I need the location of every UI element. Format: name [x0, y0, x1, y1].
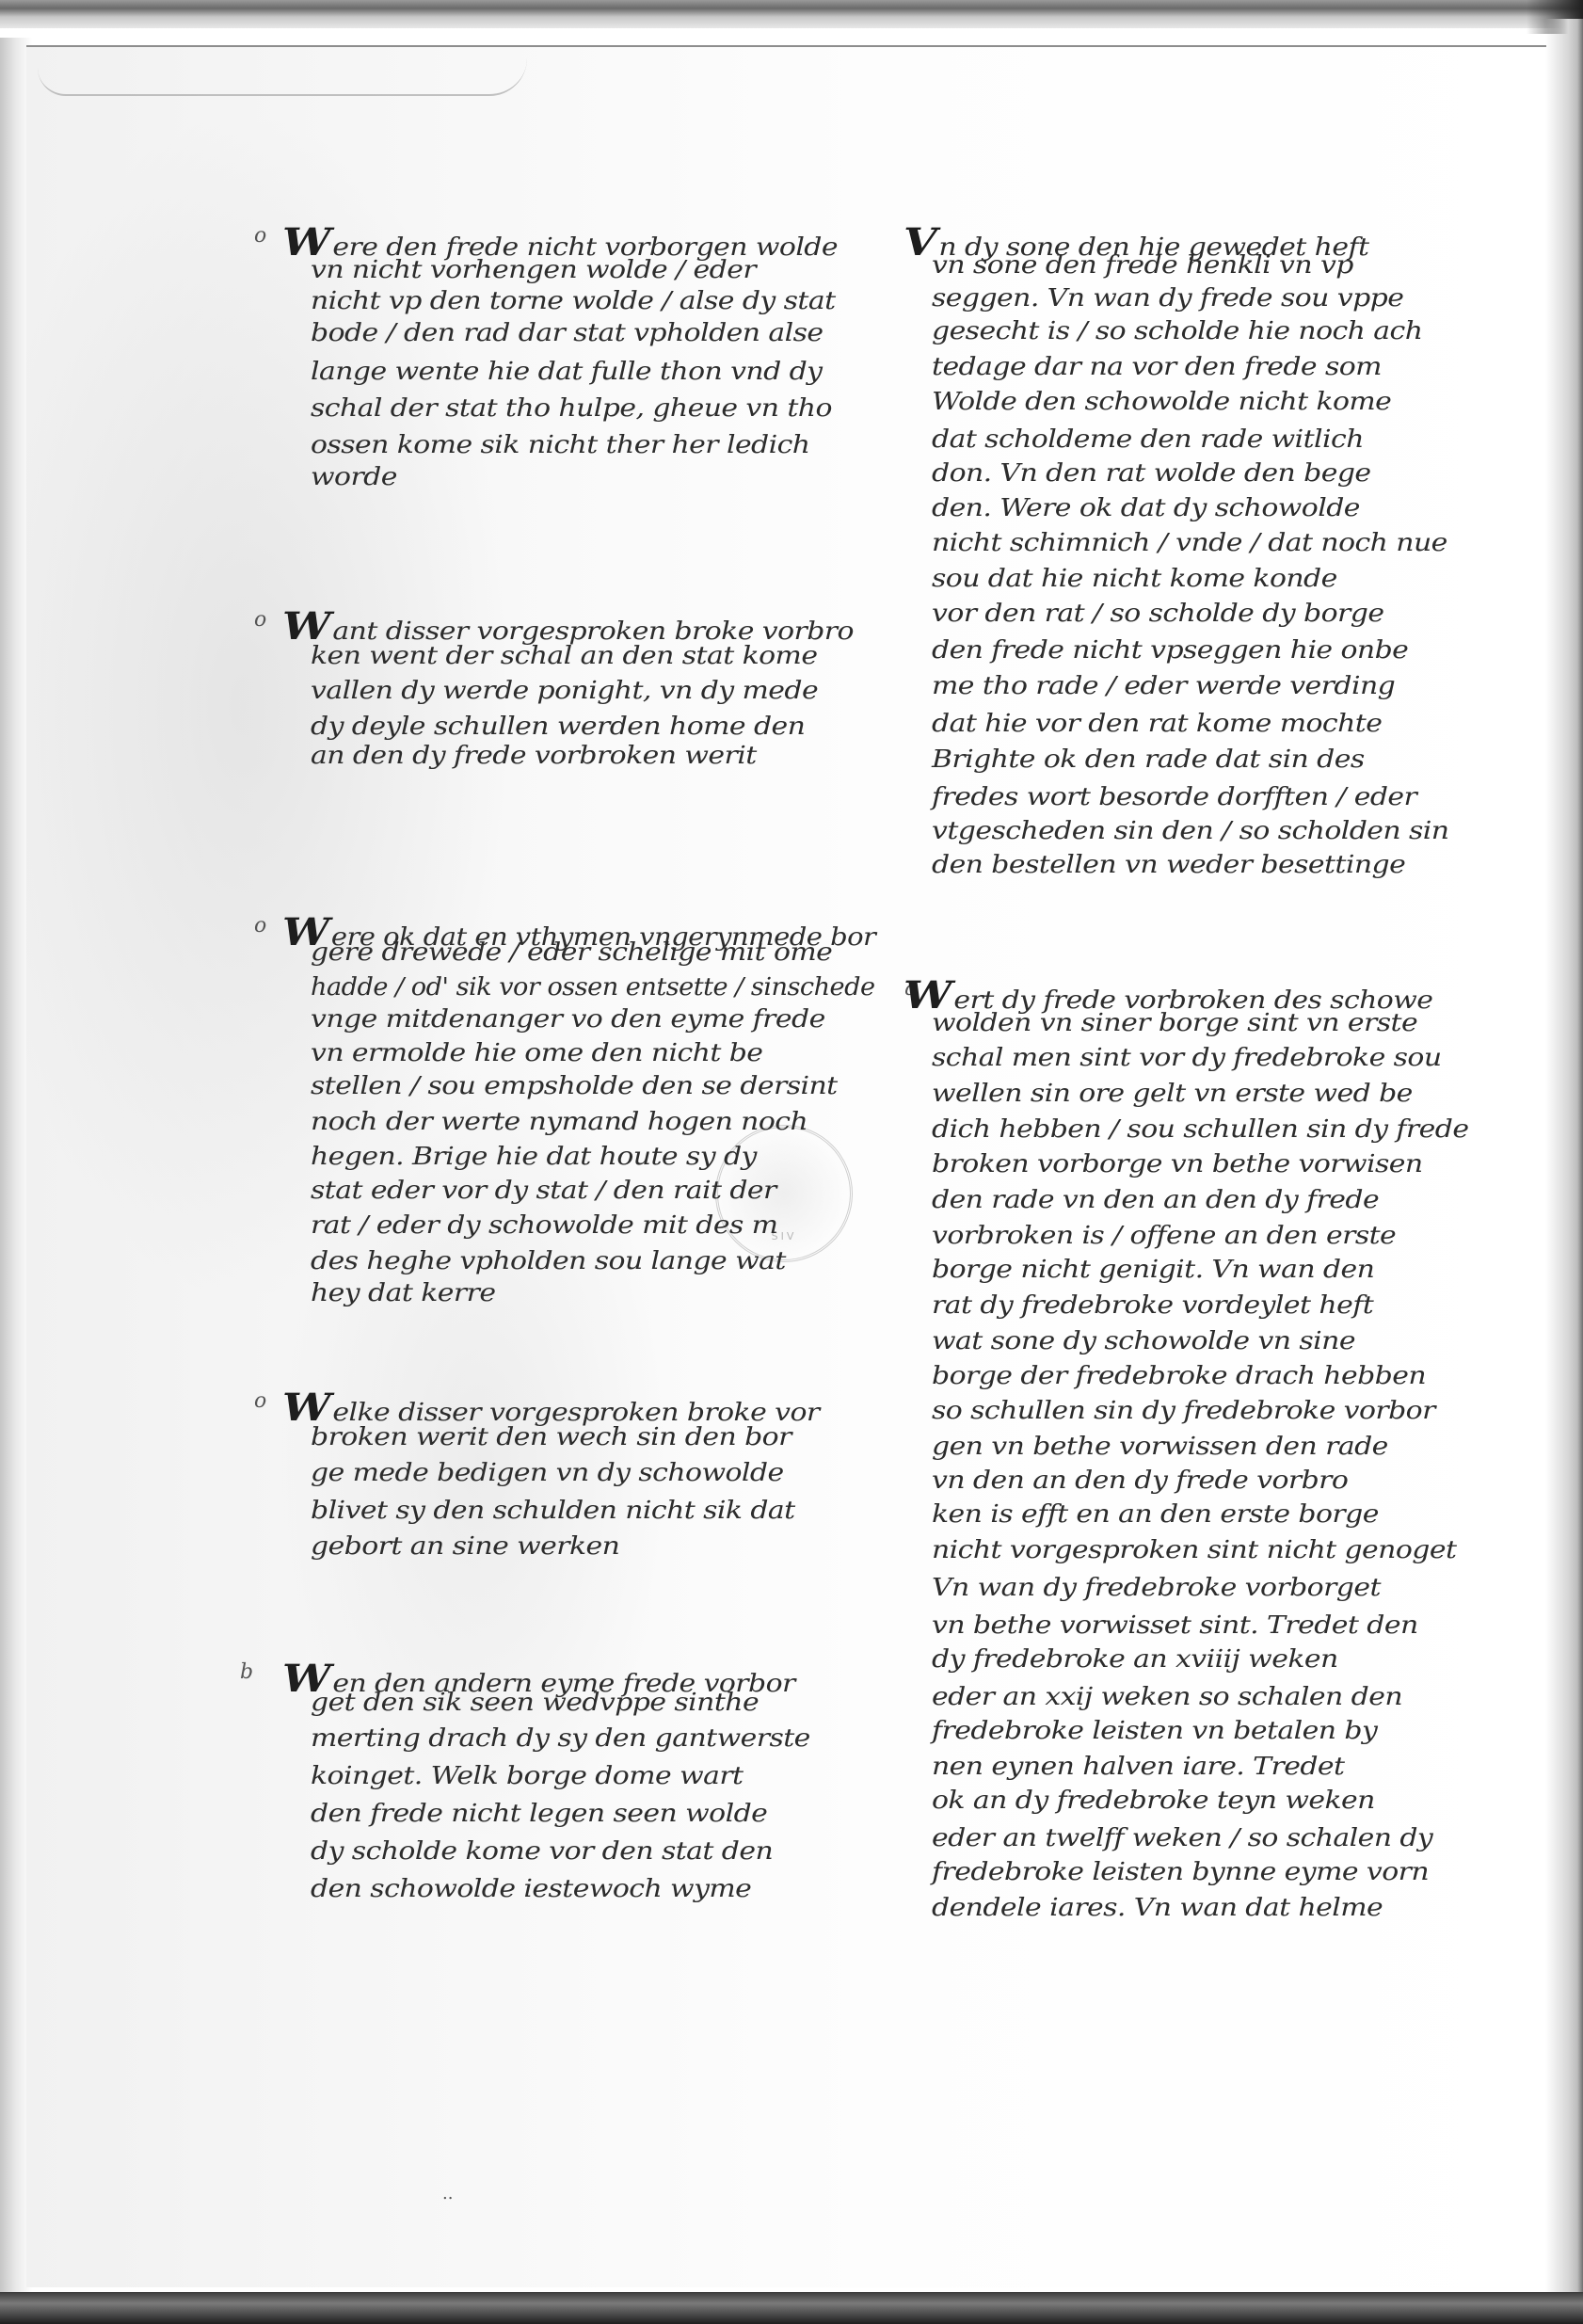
line-text: gen vn bethe vorwissen den rade [932, 1433, 1388, 1461]
line-text: ken is efft en an den erste borge [932, 1500, 1379, 1529]
line-text: dy deyle schullen werden home den [311, 713, 805, 741]
line-text: me tho rade / eder werde verding [932, 672, 1395, 700]
manuscript-line: vn ermolde hie ome den nicht be [311, 1039, 762, 1067]
manuscript-line: den rade vn den an den dy frede [932, 1186, 1379, 1214]
line-text: worde [311, 463, 397, 491]
manuscript-line: hegen. Brige hie dat houte sy dy [311, 1143, 757, 1171]
line-text: ge mede bedigen vn dy schowolde [311, 1459, 784, 1487]
line-text: get den sik seen wedvppe sinthe [311, 1689, 759, 1717]
line-text: hegen. Brige hie dat houte sy dy [311, 1143, 757, 1171]
line-text: borge nicht genigit. Vn wan den [932, 1256, 1374, 1284]
manuscript-line: ge mede bedigen vn dy schowolde [311, 1459, 784, 1487]
manuscript-line: vorbroken is / offene an den erste [932, 1222, 1396, 1250]
line-text: ossen kome sik nicht ther her ledich [311, 431, 809, 459]
line-text: vn ermolde hie ome den nicht be [311, 1039, 762, 1067]
manuscript-line: hey dat kerre [311, 1279, 495, 1307]
manuscript-line: den. Were ok dat dy schowolde [932, 494, 1360, 522]
manuscript-line: sou dat hie nicht kome konde [932, 565, 1337, 593]
line-text: den frede nicht legen seen wolde [311, 1800, 767, 1828]
manuscript-line: nicht schimnich / vnde / dat noch nue [932, 529, 1447, 557]
scanner-bar-bottom [0, 2292, 1583, 2324]
margin-mark: o [254, 914, 266, 938]
manuscript-line: vn den an den dy frede vorbro [932, 1467, 1348, 1495]
line-text: Wolde den schowolde nicht kome [932, 388, 1391, 416]
line-text: den frede nicht vpseggen hie onbe [932, 636, 1408, 665]
line-text: stat eder vor dy stat / den rait der [311, 1177, 776, 1205]
line-text: nicht vp den torne wolde / alse dy stat [311, 287, 836, 315]
line-text: sou dat hie nicht kome konde [932, 565, 1337, 593]
manuscript-line: gen vn bethe vorwissen den rade [932, 1433, 1388, 1461]
line-text: gebort an sine werken [311, 1532, 619, 1561]
line-text: broken vorborge vn bethe vorwisen [932, 1150, 1423, 1178]
manuscript-line: broken vorborge vn bethe vorwisen [932, 1150, 1423, 1178]
manuscript-line: eder an twelff weken / so schalen dy [932, 1824, 1432, 1852]
manuscript-line: merting drach dy sy den gantwerste [311, 1724, 810, 1753]
manuscript-line: get den sik seen wedvppe sinthe [311, 1689, 759, 1717]
manuscript-line: vnge mitdenanger vo den eyme frede [311, 1005, 825, 1034]
manuscript-line: dendele iares. Vn wan dat helme [932, 1894, 1383, 1922]
line-text: rat dy fredebroke vordeylet heft [932, 1291, 1373, 1320]
manuscript-line: den schowolde iestewoch wyme [311, 1875, 751, 1903]
manuscript-line: dy fredebroke an xviiij weken [932, 1645, 1338, 1674]
line-text: nen eynen halven iare. Tredet [932, 1753, 1345, 1781]
line-text: rat / eder dy schowolde mit des m [311, 1211, 777, 1240]
line-text: Brighte ok den rade dat sin des [932, 745, 1365, 774]
manuscript-line: vtgescheden sin den / so scholden sin [932, 817, 1448, 845]
manuscript-line: eder an xxij weken so schalen den [932, 1683, 1402, 1711]
manuscript-line: wat sone dy schowolde vn sine [932, 1327, 1355, 1355]
manuscript-line: dich hebben / sou schullen sin dy frede [932, 1115, 1468, 1144]
manuscript-line: Brighte ok den rade dat sin des [932, 745, 1365, 774]
manuscript-line: schal der stat tho hulpe, gheue vn tho [311, 394, 832, 423]
line-text: hey dat kerre [311, 1279, 495, 1307]
line-text: nicht schimnich / vnde / dat noch nue [932, 529, 1447, 557]
line-text: eder an xxij weken so schalen den [932, 1683, 1402, 1711]
line-text: fredebroke leisten bynne eyme vorn [932, 1858, 1429, 1886]
line-text: den. Were ok dat dy schowolde [932, 494, 1360, 522]
manuscript-line: me tho rade / eder werde verding [932, 672, 1395, 700]
line-text: ken went der schal an den stat kome [311, 642, 817, 670]
line-text: des heghe vpholden sou lange wat [311, 1247, 786, 1275]
line-text: vn nicht vorhengen wolde / eder [311, 256, 756, 284]
page-edge-right [1545, 19, 1583, 2297]
manuscript-line: don. Vn den rat wolde den bege [932, 459, 1371, 488]
manuscript-line: ossen kome sik nicht ther her ledich [311, 431, 809, 459]
line-text: schal der stat tho hulpe, gheue vn tho [311, 394, 832, 423]
line-text: an den dy frede vorbroken werit [311, 742, 757, 770]
manuscript-line: gebort an sine werken [311, 1532, 619, 1561]
manuscript-line: fredes wort besorde dorfften / eder [932, 783, 1416, 811]
line-text: dendele iares. Vn wan dat helme [932, 1894, 1383, 1922]
manuscript-line: ken went der schal an den stat kome [311, 642, 817, 670]
line-text: broken werit den wech sin den bor [311, 1423, 791, 1451]
manuscript-line: den frede nicht legen seen wolde [311, 1800, 767, 1828]
line-text: stellen / sou empsholde den se dersint [311, 1072, 838, 1100]
line-text: bode / den rad dar stat vpholden alse [311, 319, 823, 347]
line-text: dat scholdeme den rade witlich [932, 425, 1364, 454]
manuscript-line: wellen sin ore gelt vn erste wed be [932, 1080, 1413, 1108]
line-text: wolden vn siner borge sint vn erste [932, 1009, 1417, 1037]
line-text: ok an dy fredebroke teyn weken [932, 1787, 1375, 1815]
manuscript-line: wolden vn siner borge sint vn erste [932, 1009, 1417, 1037]
manuscript-line: seggen. Vn wan dy frede sou vppe [932, 284, 1403, 313]
manuscript-line: an den dy frede vorbroken werit [311, 742, 757, 770]
manuscript-line: dy deyle schullen werden home den [311, 713, 805, 741]
manuscript-line: worde [311, 463, 397, 491]
line-text: schal men sint vor dy fredebroke sou [932, 1044, 1442, 1072]
line-text: blivet sy den schulden nicht sik dat [311, 1497, 795, 1525]
line-text: gesecht is / so scholde hie noch ach [932, 317, 1422, 345]
line-text: hadde / od' sik vor ossen entsette / sin… [311, 973, 875, 1002]
line-text: den bestellen vn weder besettinge [932, 851, 1405, 879]
manuscript-line: dy scholde kome vor den stat den [311, 1837, 773, 1866]
manuscript-line: blivet sy den schulden nicht sik dat [311, 1497, 795, 1525]
manuscript-line: Vn wan dy fredebroke vorborget [932, 1574, 1381, 1602]
margin-mark: o [254, 224, 266, 248]
torn-edge [38, 56, 527, 96]
line-text: koinget. Welk borge dome wart [311, 1762, 743, 1790]
manuscript-line: vn sone den frede henkli vn vp [932, 251, 1353, 280]
manuscript-line: hadde / od' sik vor ossen entsette / sin… [311, 973, 875, 1002]
manuscript-line: borge der fredebroke drach hebben [932, 1362, 1426, 1390]
line-text: gere drewede / eder schelige mit ome [311, 938, 832, 967]
line-text: noch der werte nymand hogen noch [311, 1108, 807, 1136]
manuscript-line: rat / eder dy schowolde mit des m [311, 1211, 777, 1240]
line-text: wellen sin ore gelt vn erste wed be [932, 1080, 1413, 1108]
manuscript-line: vor den rat / so scholde dy borge [932, 600, 1383, 628]
line-text: dy fredebroke an xviiij weken [932, 1645, 1338, 1674]
line-text: tedage dar na vor den frede som [932, 353, 1382, 381]
line-text: vnge mitdenanger vo den eyme frede [311, 1005, 825, 1034]
line-text: vtgescheden sin den / so scholden sin [932, 817, 1448, 845]
line-text: den rade vn den an den dy frede [932, 1186, 1379, 1214]
line-text: fredebroke leisten vn betalen by [932, 1717, 1377, 1745]
manuscript-line: gere drewede / eder schelige mit ome [311, 938, 832, 967]
line-text: vallen dy werde ponight, vn dy mede [311, 677, 818, 705]
line-text: wat sone dy schowolde vn sine [932, 1327, 1355, 1355]
line-text: vn sone den frede henkli vn vp [932, 251, 1353, 280]
manuscript-line: noch der werte nymand hogen noch [311, 1108, 807, 1136]
margin-mark: o [254, 1389, 266, 1413]
manuscript-line: rat dy fredebroke vordeylet heft [932, 1291, 1373, 1320]
line-text: Vn wan dy fredebroke vorborget [932, 1574, 1381, 1602]
line-text: eder an twelff weken / so schalen dy [932, 1824, 1432, 1852]
line-text: lange wente hie dat fulle thon vnd dy [311, 358, 822, 386]
manuscript-line: tedage dar na vor den frede som [932, 353, 1382, 381]
line-text: dat hie vor den rat kome mochte [932, 710, 1382, 738]
manuscript-line: nicht vp den torne wolde / alse dy stat [311, 287, 836, 315]
line-text: seggen. Vn wan dy frede sou vppe [932, 284, 1403, 313]
manuscript-line: stat eder vor dy stat / den rait der [311, 1177, 776, 1205]
line-text: merting drach dy sy den gantwerste [311, 1724, 810, 1753]
manuscript-line: dat hie vor den rat kome mochte [932, 710, 1382, 738]
manuscript-line: gesecht is / so scholde hie noch ach [932, 317, 1422, 345]
manuscript-line: dat scholdeme den rade witlich [932, 425, 1364, 454]
manuscript-line: fredebroke leisten vn betalen by [932, 1717, 1377, 1745]
margin-mark: o [254, 608, 266, 632]
manuscript-line: broken werit den wech sin den bor [311, 1423, 791, 1451]
manuscript-line: schal men sint vor dy fredebroke sou [932, 1044, 1442, 1072]
manuscript-line: des heghe vpholden sou lange wat [311, 1247, 786, 1275]
margin-mark: b [240, 1660, 253, 1684]
line-text: so schullen sin dy fredebroke vorbor [932, 1397, 1435, 1425]
manuscript-line: so schullen sin dy fredebroke vorbor [932, 1397, 1435, 1425]
manuscript-line: nicht vorgesproken sint nicht genoget [932, 1536, 1456, 1564]
manuscript-line: ken is efft en an den erste borge [932, 1500, 1379, 1529]
manuscript-line: den frede nicht vpseggen hie onbe [932, 636, 1408, 665]
manuscript-line: bode / den rad dar stat vpholden alse [311, 319, 823, 347]
manuscript-line: fredebroke leisten bynne eyme vorn [932, 1858, 1429, 1886]
line-text: dich hebben / sou schullen sin dy frede [932, 1115, 1468, 1144]
line-text: den schowolde iestewoch wyme [311, 1875, 751, 1903]
manuscript-line: borge nicht genigit. Vn wan den [932, 1256, 1374, 1284]
manuscript-line: ok an dy fredebroke teyn weken [932, 1787, 1375, 1815]
line-text: vor den rat / so scholde dy borge [932, 600, 1383, 628]
line-text: vorbroken is / offene an den erste [932, 1222, 1396, 1250]
line-text: vn bethe vorwisset sint. Tredet den [932, 1611, 1418, 1640]
line-text: nicht vorgesproken sint nicht genoget [932, 1536, 1456, 1564]
line-text: vn den an den dy frede vorbro [932, 1467, 1348, 1495]
line-text: dy scholde kome vor den stat den [311, 1837, 773, 1866]
manuscript-line: nen eynen halven iare. Tredet [932, 1753, 1345, 1781]
manuscript-line: lange wente hie dat fulle thon vnd dy [311, 358, 822, 386]
manuscript-line: stellen / sou empsholde den se dersint [311, 1072, 838, 1100]
line-text: don. Vn den rat wolde den bege [932, 459, 1371, 488]
line-text: fredes wort besorde dorfften / eder [932, 783, 1416, 811]
scanner-bar-top [0, 0, 1583, 28]
manuscript-line: vallen dy werde ponight, vn dy mede [311, 677, 818, 705]
manuscript-line: den bestellen vn weder besettinge [932, 851, 1405, 879]
manuscript-line: Wolde den schowolde nicht kome [932, 388, 1391, 416]
manuscript-line: koinget. Welk borge dome wart [311, 1762, 743, 1790]
line-text: borge der fredebroke drach hebben [932, 1362, 1426, 1390]
manuscript-line: vn nicht vorhengen wolde / eder [311, 256, 756, 284]
bottom-marks: .. [442, 2184, 453, 2204]
manuscript-line: vn bethe vorwisset sint. Tredet den [932, 1611, 1418, 1640]
